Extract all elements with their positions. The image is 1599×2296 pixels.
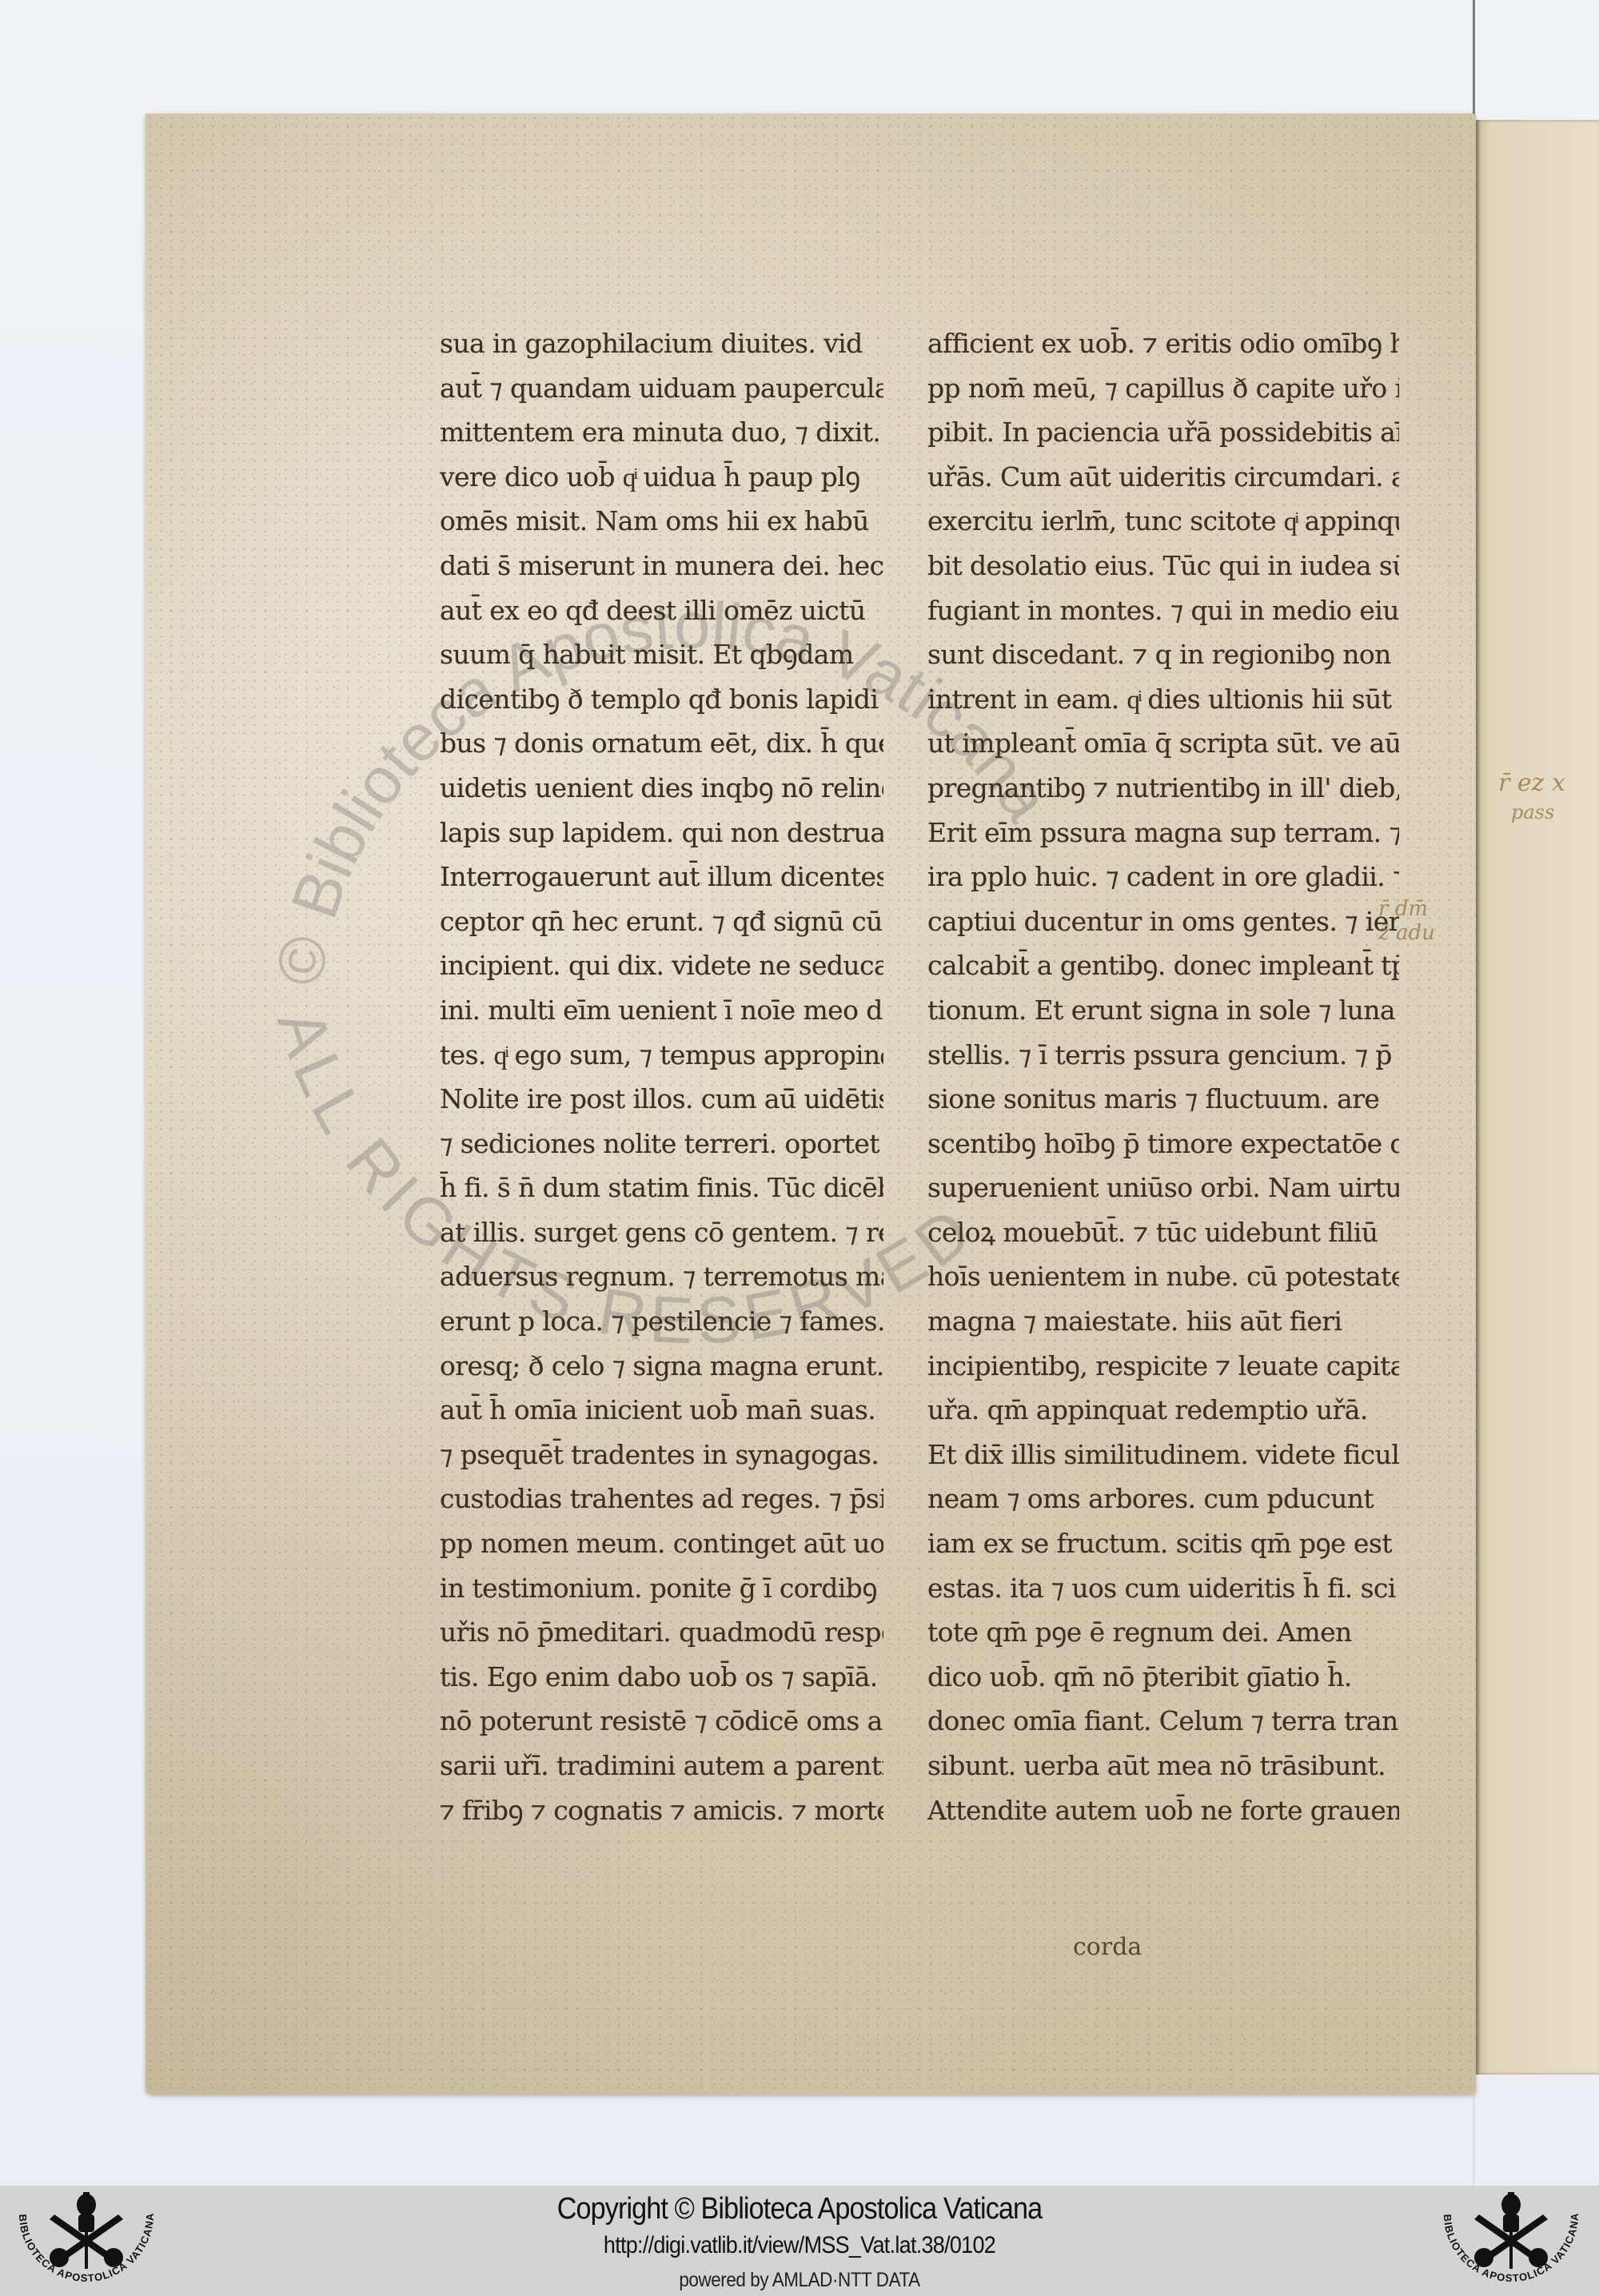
- text-line: h̄ fi. s̄ n̄ dum statim finis. Tūc dicēb: [440, 1166, 883, 1210]
- text-line: pregnantibꝯ ⁊ nutrientibꝯ in ill' dieb,: [927, 766, 1399, 811]
- copyright-notice: Copyright © Biblioteca Apostolica Vatica…: [80, 2192, 1519, 2226]
- text-line: ⁊ sediciones nolite terreri. oportet p̄m: [440, 1122, 883, 1166]
- text-line: in testimonium. ponite ḡ ī cordibꝯ: [440, 1566, 883, 1611]
- marginal-note-line: r̄ ez x: [1498, 769, 1565, 798]
- text-line: aut̄ ex eo qđ deest illi omēz uictū: [440, 588, 883, 633]
- text-line: donec omīa fiant. Celum ⁊ terra tran: [927, 1699, 1399, 1744]
- text-line: calcabit̄ a gentibꝯ. donec impleant̄ tp̄…: [927, 943, 1399, 988]
- marginal-note-facing-page: r̄ ez x pass: [1498, 769, 1565, 827]
- catchword: corda: [1073, 1933, 1142, 1961]
- text-line: at illis. surget gens cō gentem. ⁊ regū: [440, 1210, 883, 1255]
- text-line: celoꝝ mouebūt̄. ⁊ tūc uidebunt filiū: [927, 1210, 1399, 1255]
- viewer-footer: BIBLIOTECA APOSTOLICA VATICANA Copyright…: [0, 2186, 1599, 2296]
- text-line: pp nom̄ meū, ⁊ capillus ð capite uřo n̄: [927, 366, 1399, 411]
- text-line: mittentem era minuta duo, ⁊ dixit.: [440, 410, 883, 455]
- powered-by-credit: powered by AMLAD·NTT DATA: [80, 2269, 1519, 2292]
- text-line: nō poterunt resistē ⁊ cōdicē oms aduer: [440, 1699, 883, 1744]
- text-line: captiui ducentur in oms gentes. ⁊ ierlm̄: [927, 899, 1399, 944]
- marginal-note-line: pass: [1498, 798, 1565, 827]
- text-line: bit desolatio eius. Tūc qui in iudea sūt: [927, 544, 1399, 588]
- text-line: bus ⁊ donis ornatum eēt, dix. h̄ que: [440, 721, 883, 766]
- text-line: ut impleant̄ omīa q̄ scripta sūt. ve aūt: [927, 721, 1399, 766]
- marginal-note-line: r̄ dm̄: [1378, 897, 1435, 921]
- text-column-left: sua in gazophilacium diuites. vid aut̄ ⁊…: [440, 321, 883, 1832]
- text-line: suum q̄ habuit misit. Et qbꝯdam: [440, 632, 883, 677]
- text-line: vere dico uob̄ qͥ uidua h̄ paup plꝯ: [440, 455, 883, 500]
- text-line: uřis nō p̄meditari. quadmodū respō: [440, 1610, 883, 1655]
- text-line: ⁊ fr̄ibꝯ ⁊ cognatis ⁊ amicis. ⁊ morte: [440, 1788, 883, 1833]
- text-line: neam ⁊ oms arbores. cum pducunt: [927, 1477, 1399, 1521]
- text-line: stellis. ⁊ ī terris pssura gencium. ⁊ p̄…: [927, 1033, 1399, 1078]
- marginal-note-line: z̄ adu: [1378, 921, 1435, 945]
- text-line: erunt p loca. ⁊ pestilencie ⁊ fames. ter…: [440, 1299, 883, 1344]
- text-line: tionum. Et erunt signa in sole ⁊ luna ⁊: [927, 988, 1399, 1033]
- permalink-url[interactable]: http://digi.vatlib.it/view/MSS_Vat.lat.3…: [80, 2232, 1519, 2259]
- text-line: afficient ex uob̄. ⁊ eritis odio omībꝯ h…: [927, 321, 1399, 366]
- text-line: Nolite ire post illos. cum aū̄ uidētis p…: [440, 1077, 883, 1122]
- text-line: pp nomen meum. continget aūt uobis: [440, 1521, 883, 1566]
- text-line: sione sonitus maris ⁊ fluctuum. are: [927, 1077, 1399, 1122]
- text-line: exercitu ierlm̄, tunc scitote qͥ appinqu…: [927, 499, 1399, 544]
- text-column-right: afficient ex uob̄. ⁊ eritis odio omībꝯ h…: [927, 321, 1399, 1832]
- scan-background: © Biblioteca Apostolica Vaticana ALL RIG…: [0, 0, 1599, 2186]
- text-line: Et dix̄ illis similitudinem. videte ficu…: [927, 1433, 1399, 1477]
- text-line: sibunt. uerba aūt mea nō trāsibunt.: [927, 1744, 1399, 1788]
- marginal-note-gutter: r̄ dm̄ z̄ adu: [1378, 897, 1435, 945]
- text-line: dati s̄ miserunt in munera dei. hec: [440, 544, 883, 588]
- text-line: sunt discedant. ⁊ q in regionibꝯ non: [927, 632, 1399, 677]
- text-line: uidetis uenient dies inqbꝯ nō relinqt̄: [440, 766, 883, 811]
- text-line: ⁊ psequēt̄ tradentes in synagogas. ⁊: [440, 1433, 883, 1477]
- text-line: ceptor qn̄ hec erunt. ⁊ qđ signū cū fier…: [440, 899, 883, 944]
- text-line: estas. ita ⁊ uos cum uideritis h̄ fi. sc…: [927, 1566, 1399, 1611]
- text-line: dicentibꝯ ð templo qđ bonis lapidi: [440, 677, 883, 722]
- text-line: tote qm̄ pꝯe ē regnum dei. Amen: [927, 1610, 1399, 1655]
- text-line: tes. qͥ ego sum, ⁊ tempus appropinqͣt,: [440, 1033, 883, 1078]
- text-line: oresq; ð celo ⁊ signa magna erunt. Sz: [440, 1344, 883, 1389]
- text-line: omēs misit. Nam oms hii ex habū: [440, 499, 883, 544]
- text-line: sua in gazophilacium diuites. vid: [440, 321, 883, 366]
- text-line: pibit. In paciencia uřā possidebitis aīa…: [927, 410, 1399, 455]
- text-line: aduersus regnum. ⁊ terremotus mag: [440, 1254, 883, 1299]
- text-line: incipientibꝯ, respicite ⁊ leuate capita: [927, 1344, 1399, 1389]
- text-line: custodias trahentes ad reges. ⁊ p̄sides: [440, 1477, 883, 1521]
- text-line: lapis sup lapidem. qui non destruatur.: [440, 811, 883, 855]
- text-line: ira pplo huic. ⁊ cadent in ore gladii. ⁊: [927, 855, 1399, 899]
- text-line: intrent in eam. qͥ dies ultionis hii sūt: [927, 677, 1399, 722]
- text-line: Interrogauerunt aut̄ illum dicentes. p: [440, 855, 883, 899]
- text-line: tis. Ego enim dabo uob̄ os ⁊ sapīā. cui: [440, 1655, 883, 1700]
- text-line: uřa. qm̄ appinquat redemptio uřā.: [927, 1388, 1399, 1433]
- text-line: aut̄ ⁊ quandam uiduam pauperculam: [440, 366, 883, 411]
- vatican-library-logo-icon: BIBLIOTECA APOSTOLICA VATICANA: [1431, 2190, 1591, 2296]
- text-line: uřās. Cum aūt uideritis circumdari. ab: [927, 455, 1399, 500]
- text-line: sarii uřī. tradimini autem a parentibꝯ: [440, 1744, 883, 1788]
- text-line: scentibꝯ hoībꝯ p̄ timore expectatōe que: [927, 1122, 1399, 1166]
- text-line: magna ⁊ maiestate. hiis aūt fieri: [927, 1299, 1399, 1344]
- text-line: Erit eīm pssura magna sup terram. ⁊: [927, 811, 1399, 855]
- text-line: fugiant in montes. ⁊ qui in medio eius: [927, 588, 1399, 633]
- text-line: Attendite autem uob̄ ne forte grauent̄: [927, 1788, 1399, 1833]
- facing-leaf-edge: [1476, 120, 1599, 2075]
- text-line: ini. multi eīm uenient ī noīe meo dicen: [440, 988, 883, 1033]
- text-line: incipient. qui dix. videte ne seducam: [440, 943, 883, 988]
- text-line: aut̄ h̄ omīa inicient uob̄ man̄ suas.: [440, 1388, 883, 1433]
- text-line: dico uob̄. qm̄ nō p̄teribit gīatio h̄.: [927, 1655, 1399, 1700]
- text-line: superuenient uniūso orbi. Nam uirtutes: [927, 1166, 1399, 1210]
- text-line: hoīs uenientem in nube. cū potestate: [927, 1254, 1399, 1299]
- text-line: iam ex se fructum. scitis qm̄ pꝯe est: [927, 1521, 1399, 1566]
